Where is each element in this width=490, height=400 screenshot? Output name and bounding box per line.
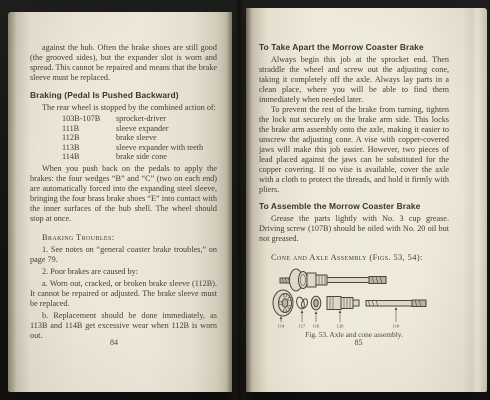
assembled-axle-drawing bbox=[280, 269, 386, 291]
trouble-item-a: a. Worn out, cracked, or broken brake sl… bbox=[30, 279, 217, 309]
part-code: 112B bbox=[62, 133, 116, 143]
take-apart-heading: To Take Apart the Morrow Coaster Brake bbox=[259, 42, 449, 53]
cone-axle-assembly-heading: Cone and Axle Assembly (Figs. 53, 54): bbox=[259, 253, 449, 263]
braking-section-heading: Braking (Pedal Is Pushed Backward) bbox=[30, 90, 217, 101]
take-apart-paragraph-1: Always begin this job at the sprocket en… bbox=[259, 55, 449, 105]
part-name: sprocket-driver bbox=[116, 114, 217, 124]
trouble-item-2: 2. Poor brakes are caused by: bbox=[30, 267, 217, 277]
left-page: against the hub. Often the brake shoes a… bbox=[8, 12, 232, 392]
parts-list-row: 103B-107B sprocket-driver bbox=[62, 114, 217, 124]
take-apart-paragraph-2: To prevent the rest of the brake from tu… bbox=[259, 105, 449, 195]
parts-list: 103B-107B sprocket-driver 111B sleeve ex… bbox=[62, 114, 217, 162]
braking-troubles-heading: Braking Troubles: bbox=[30, 233, 217, 243]
right-page: To Take Apart the Morrow Coaster Brake A… bbox=[246, 8, 487, 392]
parts-list-row: 112B brake sleeve bbox=[62, 133, 217, 143]
trouble-item-b: b. Replacement should be done immediatel… bbox=[30, 311, 217, 341]
part-code: 103B-107B bbox=[62, 114, 116, 124]
part-name: brake side cone bbox=[116, 152, 217, 162]
page-number-left: 84 bbox=[2, 338, 226, 347]
part-name: brake sleeve bbox=[116, 133, 217, 143]
parts-list-row: 111B sleeve expander bbox=[62, 124, 217, 134]
part-label: 117 bbox=[299, 324, 306, 329]
braking-intro: The rear wheel is stopped by the combine… bbox=[30, 103, 217, 113]
part-label: 114 bbox=[278, 324, 285, 329]
axle-cone-illustration: 114 117 116 120 110 bbox=[270, 266, 438, 330]
assemble-paragraph: Grease the parts lightly with No. 3 cup … bbox=[259, 214, 449, 244]
part-name: sleeve expander bbox=[116, 124, 217, 134]
trouble-item-1: 1. See notes on “general coaster brake t… bbox=[30, 245, 217, 265]
part-label: 120 bbox=[337, 324, 345, 329]
action-paragraph: When you push back on the pedals to appl… bbox=[30, 164, 217, 224]
page-number-right: 85 bbox=[238, 338, 479, 347]
assemble-heading: To Assemble the Morrow Coaster Brake bbox=[259, 201, 449, 212]
parts-list-row: 113B sleeve expander with teeth bbox=[62, 143, 217, 153]
figure-53: 114 117 116 120 110 Fig. 53. Axle and co… bbox=[259, 266, 449, 340]
part-code: 111B bbox=[62, 124, 116, 134]
part-label: 110 bbox=[393, 324, 400, 329]
parts-list-row: 114B brake side cone bbox=[62, 152, 217, 162]
intro-paragraph: against the hub. Often the brake shoes a… bbox=[30, 43, 217, 83]
part-name: sleeve expander with teeth bbox=[116, 143, 217, 153]
part-code: 114B bbox=[62, 152, 116, 162]
exploded-parts-drawing: 114 117 116 120 110 bbox=[273, 290, 426, 329]
book-photo: against the hub. Often the brake shoes a… bbox=[0, 0, 490, 400]
part-label: 116 bbox=[313, 324, 320, 329]
part-code: 113B bbox=[62, 143, 116, 153]
